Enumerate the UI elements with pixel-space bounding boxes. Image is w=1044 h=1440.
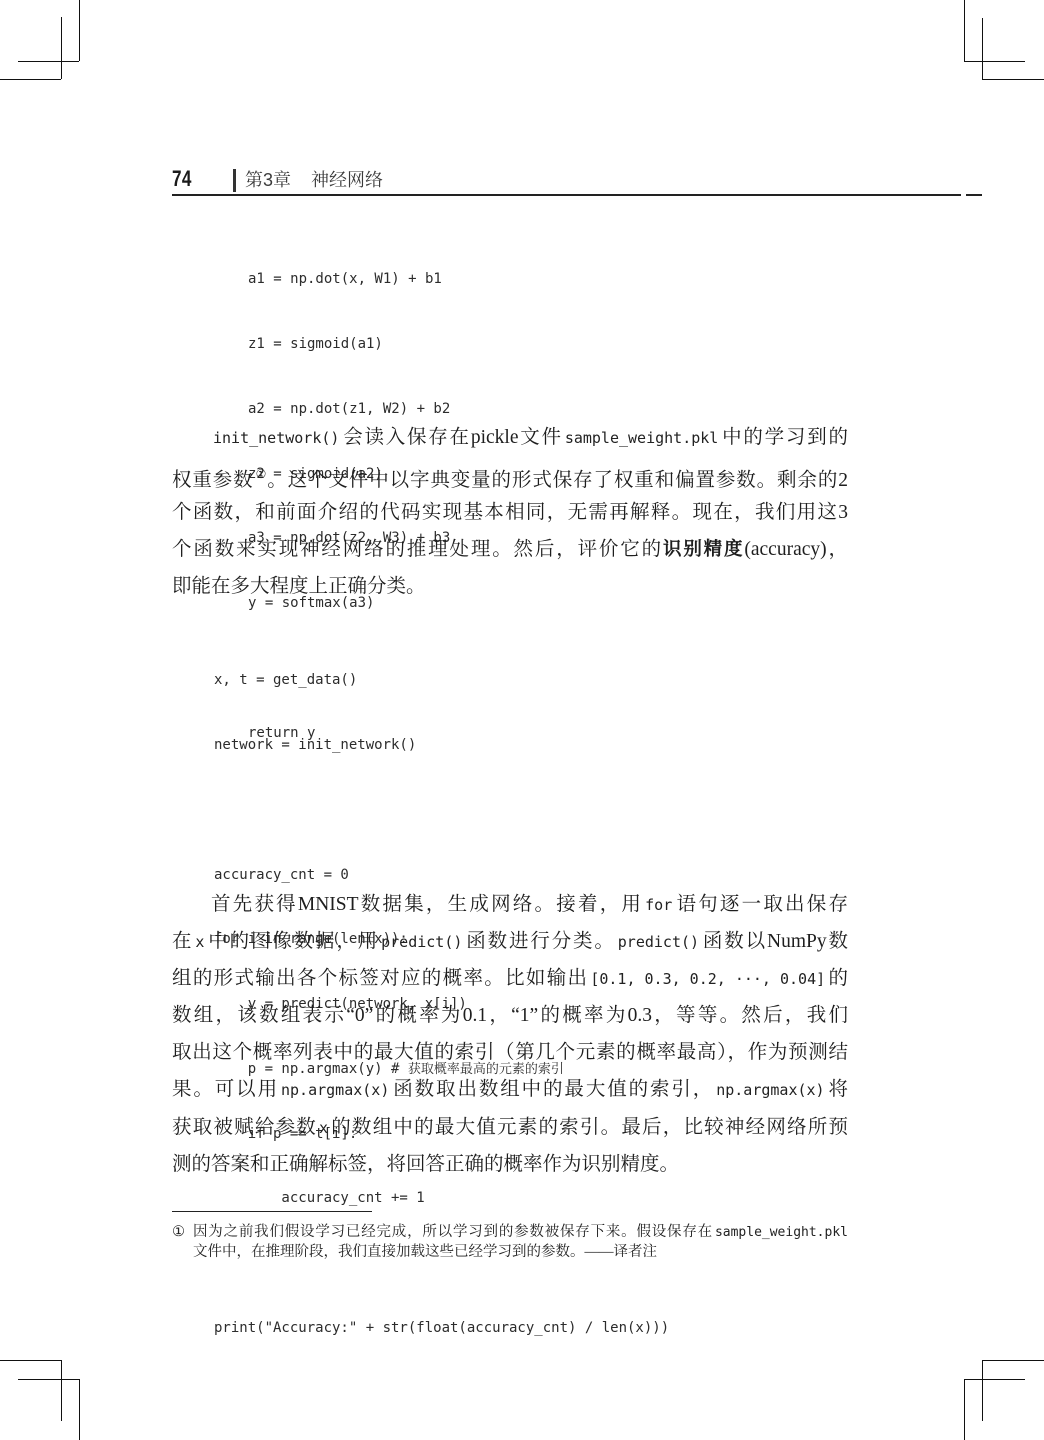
crop-mark — [982, 1360, 983, 1421]
text-line: 在x中的图像数据，用predict()函数进行分类。predict()函数以Nu… — [172, 923, 848, 960]
text: 获取被赋给参数 — [172, 1117, 317, 1138]
paragraph-init-network: init_network()会读入保存在pickle文件sample_weigh… — [172, 419, 848, 605]
text: pickle — [471, 427, 519, 448]
text: 个函数来实现神经网络的推理处理。然后，评价它的 — [172, 539, 663, 560]
footnote-body: 因为之前我们假设学习已经完成，所以学习到的参数被保存下来。假设保存在sample… — [193, 1222, 848, 1262]
crop-mark — [61, 1360, 62, 1421]
text: 的 — [827, 968, 848, 989]
inline-code: x — [319, 1110, 328, 1147]
chapter-number: 第3章 — [245, 170, 291, 190]
text-line: 即能在多大程度上正确分类。 — [172, 568, 848, 605]
inline-code: predict() — [381, 924, 462, 961]
header-rule — [172, 194, 961, 196]
text: 中的学习到的 — [720, 427, 848, 448]
inline-code: init_network() — [213, 420, 339, 457]
page-number: 74 — [172, 167, 192, 191]
code-line-blank — [214, 800, 669, 822]
code-line: network = init_network() — [214, 735, 669, 757]
inline-code: sample_weight.pkl — [715, 1223, 848, 1243]
footnote-rule — [172, 1211, 372, 1212]
text: 首先获得MNIST数据集，生成网络。接着，用 — [211, 894, 643, 915]
text: 函数取出数组中的最大值的索引， — [391, 1079, 714, 1100]
code-line: a1 = np.dot(x, W1) + b1 — [248, 269, 450, 291]
footnote-ref[interactable]: ① — [256, 467, 268, 481]
crop-mark — [982, 18, 983, 79]
footnote-line: 文件中，在推理阶段，我们直接加载这些已经学习到的参数。——译者注 — [193, 1242, 848, 1262]
code-line: accuracy_cnt += 1 — [214, 1188, 669, 1210]
text: 会读入保存在 — [341, 427, 470, 448]
paragraph-explanation: 首先获得MNIST数据集，生成网络。接着，用for语句逐一取出保存 在x中的图像… — [172, 886, 848, 1183]
footnote-line: 因为之前我们假设学习已经完成，所以学习到的参数被保存下来。假设保存在sample… — [193, 1222, 848, 1242]
text-line: 个函数，和前面介绍的代码实现基本相同，无需再解释。现在，我们用这3 — [172, 494, 848, 531]
text: 文件中，在推理阶段，我们直接加载这些已经学习到的参数。——译者注 — [193, 1244, 657, 1260]
inline-code: np.argmax(x) — [281, 1072, 389, 1109]
crop-mark — [61, 17, 62, 79]
inline-code: predict() — [618, 924, 699, 961]
text-line: 果。可以用np.argmax(x)函数取出数组中的最大值的索引，np.argma… — [172, 1071, 848, 1108]
header-rule-tick — [966, 194, 982, 196]
text: 中的图像数据，用 — [206, 931, 379, 952]
text: 文件 — [519, 427, 563, 448]
crop-mark — [964, 0, 965, 61]
text: 将 — [827, 1079, 848, 1100]
footnote-marker: ① — [172, 1222, 185, 1242]
text-line: 取出这个概率列表中的最大值的索引（第几个元素的概率最高），作为预测结 — [172, 1034, 848, 1071]
header-divider-bar — [233, 169, 236, 192]
text: 语句逐一取出保存 — [674, 894, 848, 915]
inline-code: np.argmax(x) — [716, 1072, 824, 1109]
text-line: 获取被赋给参数x的数组中的最大值元素的索引。最后，比较神经网络所预 — [172, 1109, 848, 1146]
text-line: 权重参数①。这个文件中以字典变量的形式保存了权重和偏置参数。剩余的2 — [172, 456, 848, 493]
crop-mark — [79, 0, 80, 61]
code-line: z1 = sigmoid(a1) — [248, 334, 450, 356]
crop-mark — [79, 1379, 80, 1440]
text: 个函数，和前面介绍的代码实现基本相同，无需再解释。现在，我们用这3 — [172, 502, 848, 523]
code-line: x, t = get_data() — [214, 670, 669, 692]
inline-code: sample_weight.pkl — [565, 420, 719, 457]
text: (accuracy)， — [744, 539, 848, 560]
text: 即能在多大程度上正确分类。 — [172, 576, 426, 597]
code-line: print("Accuracy:" + str(float(accuracy_c… — [214, 1318, 669, 1340]
book-page: 74 第3章神经网络 a1 = np.dot(x, W1) + b1 z1 = … — [0, 0, 1044, 1440]
text-line: init_network()会读入保存在pickle文件sample_weigh… — [172, 419, 848, 456]
running-header: 第3章神经网络 — [245, 169, 383, 191]
crop-mark — [964, 1379, 965, 1440]
crop-mark — [0, 79, 61, 80]
inline-code: for — [645, 887, 672, 924]
text: 的数组中的最大值元素的索引。最后，比较神经网络所预 — [330, 1117, 848, 1138]
emphasis-term: 识别精度 — [663, 539, 744, 560]
text-line: 个函数来实现神经网络的推理处理。然后，评价它的识别精度(accuracy)， — [172, 531, 848, 568]
text: 组的形式输出各个标签对应的概率。比如输出 — [172, 968, 588, 989]
text-line: 测的答案和正确解标签，将回答正确的概率作为识别精度。 — [172, 1146, 848, 1183]
crop-mark — [0, 1360, 61, 1361]
text: 在 — [172, 931, 193, 952]
crop-mark — [18, 1379, 79, 1380]
text: 数组，该数组表示“0”的概率为0.1，“1”的概率为0.3，等等。然后，我们 — [172, 1005, 848, 1026]
text: 权重参数 — [172, 470, 254, 491]
text-line: 数组，该数组表示“0”的概率为0.1，“1”的概率为0.3，等等。然后，我们 — [172, 997, 848, 1034]
crop-mark — [964, 61, 1025, 62]
crop-mark — [982, 79, 1044, 80]
crop-mark — [18, 61, 79, 62]
text: 测的答案和正确解标签，将回答正确的概率作为识别精度。 — [172, 1154, 679, 1175]
chapter-title: 神经网络 — [311, 170, 383, 190]
text: 因为之前我们假设学习已经完成，所以学习到的参数被保存下来。假设保存在 — [193, 1224, 713, 1240]
text: 果。可以用 — [172, 1079, 279, 1100]
text-line: 组的形式输出各个标签对应的概率。比如输出[0.1, 0.3, 0.2, ···,… — [172, 960, 848, 997]
inline-code: [0.1, 0.3, 0.2, ···, 0.04] — [590, 961, 825, 998]
code-line: accuracy_cnt = 0 — [214, 865, 669, 887]
text: 。这个文件中以字典变量的形式保存了权重和偏置参数。剩余的2 — [267, 470, 848, 491]
inline-code: x — [195, 924, 204, 961]
text: 函数进行分类。 — [464, 931, 615, 952]
text-line: 首先获得MNIST数据集，生成网络。接着，用for语句逐一取出保存 — [172, 886, 848, 923]
crop-mark — [982, 1360, 1044, 1361]
text: 函数以NumPy数 — [701, 931, 848, 952]
text: 取出这个概率列表中的最大值的索引（第几个元素的概率最高），作为预测结 — [172, 1042, 848, 1063]
crop-mark — [964, 1379, 1025, 1380]
code-line: a2 = np.dot(z1, W2) + b2 — [248, 399, 450, 421]
